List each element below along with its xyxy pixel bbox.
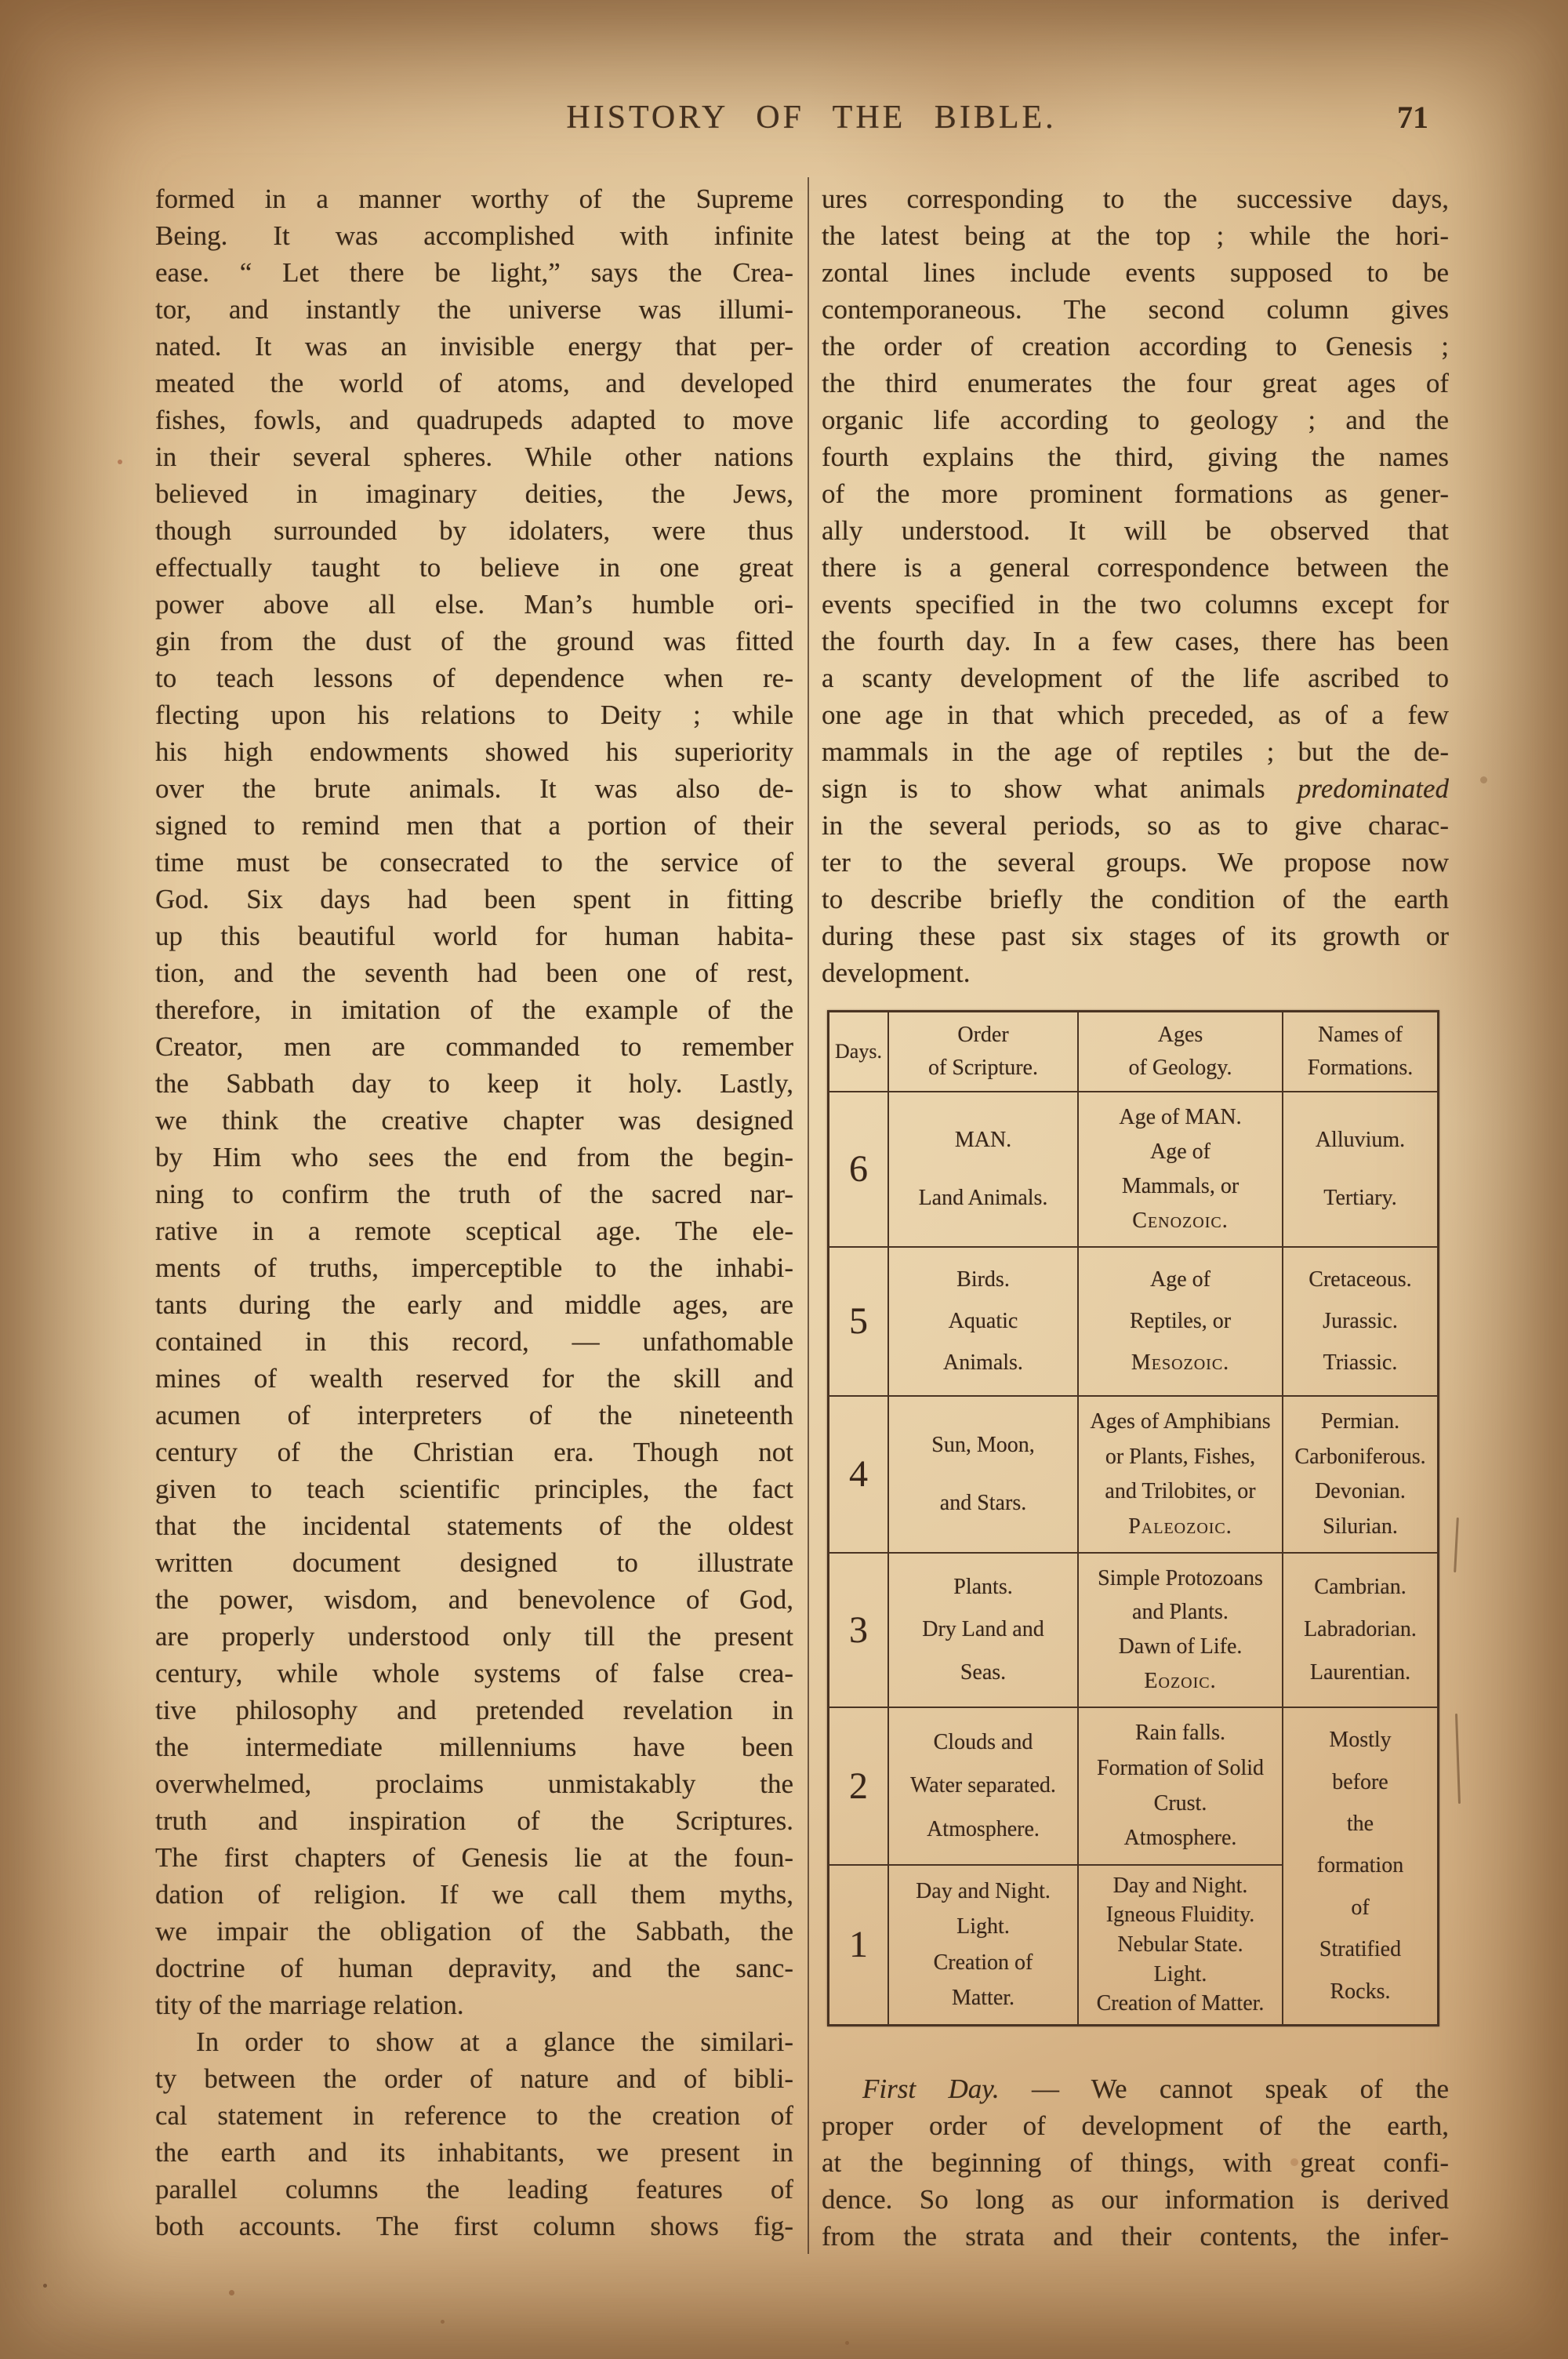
table-header-geology: Agesof Geology. <box>1079 1012 1283 1092</box>
text-line: tity of the marriage relation. <box>155 1986 793 2023</box>
table-cell-line: Birds. <box>891 1267 1075 1292</box>
table-day-6: 6 <box>829 1092 889 1248</box>
text-line: Being. It was accomplished with infinite <box>155 217 793 254</box>
text-line: acumen of interpreters of the nineteenth <box>155 1397 793 1434</box>
table-header-scripture: Orderof Scripture. <box>889 1012 1079 1092</box>
text-line: the earth and its inhabitants, we presen… <box>155 2134 793 2171</box>
table-cell-line: the <box>1286 1812 1435 1837</box>
paper-speck <box>1480 776 1487 783</box>
text-line: ments of truths, imperceptible to the in… <box>155 1249 793 1286</box>
table-geology-day6: Age of MAN.Age ofMammals, orCenozoic. <box>1079 1092 1283 1248</box>
table-cell-line: Water separated. <box>891 1773 1075 1798</box>
text-line: therefore, in imitation of the example o… <box>155 991 793 1028</box>
table-cell-line: Ages <box>1081 1023 1279 1048</box>
table-day-2: 2 <box>829 1708 889 1866</box>
table-cell-line: Laurentian. <box>1286 1660 1435 1685</box>
table-cell-line: MAN. <box>891 1128 1075 1153</box>
table-cell-line: Nebular State. <box>1081 1932 1279 1957</box>
text-line: power above all else. Man’s humble ori- <box>155 586 793 623</box>
text-line: during these past six stages of its grow… <box>822 918 1449 954</box>
table-geology-day5: Age ofReptiles, orMesozoic. <box>1079 1248 1283 1397</box>
table-cell-line: Day and Night. <box>1081 1874 1279 1899</box>
table-cell-line: 5 <box>832 1299 885 1343</box>
table-day-1: 1 <box>829 1866 889 2024</box>
text-line: tion, and the seventh had been one of re… <box>155 954 793 991</box>
text-line: one age in that which preceded, as of a … <box>822 696 1449 733</box>
table-cell-line: Formation of Solid <box>1081 1756 1279 1781</box>
text-line: written document designed to illustrate <box>155 1544 793 1581</box>
table-cell-line: Paleozoic. <box>1081 1514 1279 1539</box>
text-line: contemporaneous. The second column gives <box>822 291 1449 328</box>
text-line: ty between the order of nature and of bi… <box>155 2060 793 2097</box>
table-cell-line: Silurian. <box>1286 1514 1435 1539</box>
text-line: we impair the obligation of the Sabbath,… <box>155 1913 793 1950</box>
text-line: ease. “ Let there be light,” says the Cr… <box>155 254 793 291</box>
table-cell-line: Cambrian. <box>1286 1575 1435 1600</box>
table-cell-line: Sun, Moon, <box>891 1433 1075 1458</box>
table-cell-line: Atmosphere. <box>1081 1826 1279 1851</box>
table-cell-line: 3 <box>832 1608 885 1652</box>
table-geology-day4: Ages of Amphibiansor Plants, Fishes,and … <box>1079 1397 1283 1554</box>
table-formations-merged: MostlybeforetheformationofStratifiedRock… <box>1283 1708 1437 2024</box>
table-formations-day3: Cambrian.Labradorian.Laurentian. <box>1283 1554 1437 1708</box>
text-line: meated the world of atoms, and developed <box>155 365 793 402</box>
text-line: gin from the dust of the ground was fitt… <box>155 623 793 660</box>
table-cell-line: Aquatic <box>891 1309 1075 1334</box>
table-cell-line: Light. <box>891 1914 1075 1939</box>
table-cell-line: Land Animals. <box>891 1186 1075 1211</box>
margin-ink-mark <box>1455 1714 1461 1804</box>
text-line: cal statement in reference to the creati… <box>155 2097 793 2134</box>
table-cell-line: Creation of <box>891 1950 1075 1976</box>
text-line: believed in imaginary deities, the Jews, <box>155 475 793 512</box>
text-line: in the several periods, so as to give ch… <box>822 807 1449 844</box>
text-line: fishes, fowls, and quadrupeds adapted to… <box>155 402 793 438</box>
paper-speck <box>441 2320 445 2324</box>
table-cell-line: Plants. <box>891 1575 1075 1600</box>
table-cell-line: Stratified <box>1286 1937 1435 1962</box>
table-cell-line: and Plants. <box>1081 1600 1279 1625</box>
table-header-formations: Names ofFormations. <box>1283 1012 1437 1092</box>
text-line: the third enumerates the four great ages… <box>822 365 1449 402</box>
text-line: we think the creative chapter was design… <box>155 1102 793 1139</box>
table-cell-line: Rocks. <box>1286 1979 1435 2005</box>
table-cell-line: Ages of Amphibians <box>1081 1409 1279 1434</box>
text-line: given to teach scientific principles, th… <box>155 1470 793 1507</box>
table-cell-line: Days. <box>832 1040 885 1063</box>
text-line: the Sabbath day to keep it holy. Lastly, <box>155 1065 793 1102</box>
column-divider-rule <box>808 177 809 2254</box>
text-line: to describe briefly the condition of the… <box>822 881 1449 918</box>
text-line: The first chapters of Genesis lie at the… <box>155 1839 793 1876</box>
text-line: the intermediate millenniums have been <box>155 1728 793 1765</box>
text-line: formed in a manner worthy of the Supreme <box>155 180 793 217</box>
text-line: mammals in the age of reptiles ; but the… <box>822 733 1449 770</box>
text-line: doctrine of human depravity, and the san… <box>155 1950 793 1986</box>
table-cell-line: Dawn of Life. <box>1081 1634 1279 1659</box>
text-line: ures corresponding to the successive day… <box>822 180 1449 217</box>
text-line: development. <box>822 954 1449 991</box>
text-line: the power, wisdom, and benevolence of Go… <box>155 1581 793 1618</box>
text-line: Creator, men are commanded to remember <box>155 1028 793 1065</box>
table-cell-line: of Geology. <box>1081 1056 1279 1081</box>
table-cell-line: before <box>1286 1770 1435 1795</box>
text-line: ning to confirm the truth of the sacred … <box>155 1176 793 1212</box>
table-cell-line: Formations. <box>1286 1056 1435 1081</box>
text-line: overwhelmed, proclaims unmistakably the <box>155 1765 793 1802</box>
text-line: a scanty development of the life ascribe… <box>822 660 1449 696</box>
table-scripture-day2: Clouds andWater separated.Atmosphere. <box>889 1708 1079 1866</box>
text-line: tive philosophy and pretended revelation… <box>155 1692 793 1728</box>
table-cell-line: Crust. <box>1081 1791 1279 1816</box>
table-cell-line: of Scripture. <box>891 1056 1075 1081</box>
text-line: in their several spheres. While other na… <box>155 438 793 475</box>
paper-speck <box>118 460 122 464</box>
right-text-column-upper: ures corresponding to the successive day… <box>822 180 1449 991</box>
table-cell-line: Light. <box>1081 1962 1279 1987</box>
text-line: truth and inspiration of the Scriptures. <box>155 1802 793 1839</box>
text-line: tants during the early and middle ages, … <box>155 1286 793 1323</box>
table-cell-line: Seas. <box>891 1660 1075 1685</box>
text-line: mines of wealth reserved for the skill a… <box>155 1360 793 1397</box>
table-cell-line: Creation of Matter. <box>1081 1991 1279 2016</box>
table-cell-line: Animals. <box>891 1350 1075 1376</box>
text-line: by Him who sees the end from the begin- <box>155 1139 793 1176</box>
table-day-3: 3 <box>829 1554 889 1708</box>
table-geology-day1: Day and Night.Igneous Fluidity.Nebular S… <box>1079 1866 1283 2024</box>
table-cell-line: Age of MAN. <box>1081 1105 1279 1130</box>
text-line: his high endowments showed his superiori… <box>155 733 793 770</box>
table-cell-line: Dry Land and <box>891 1617 1075 1642</box>
text-line: proper order of development of the earth… <box>822 2107 1449 2144</box>
text-segment: — We cannot speak of the <box>1000 2074 1449 2104</box>
table-cell-line: 6 <box>832 1147 885 1190</box>
table-cell-line: Cenozoic. <box>1081 1209 1279 1234</box>
table-cell-line: Tertiary. <box>1286 1186 1435 1211</box>
text-line: zontal lines include events supposed to … <box>822 254 1449 291</box>
text-line: organic life according to geology ; and … <box>822 402 1449 438</box>
table-cell-line: formation <box>1286 1853 1435 1878</box>
table-cell-line: Rain falls. <box>1081 1721 1279 1746</box>
text-line: signed to remind men that a portion of t… <box>155 807 793 844</box>
text-line: rative in a remote sceptical age. The el… <box>155 1212 793 1249</box>
text-line: there is a general correspondence betwee… <box>822 549 1449 586</box>
table-day-5: 5 <box>829 1248 889 1397</box>
text-line: In order to show at a glance the similar… <box>155 2023 793 2060</box>
text-line: both accounts. The first column shows fi… <box>155 2208 793 2245</box>
table-cell-line: Permian. <box>1286 1409 1435 1434</box>
table-cell-line: Mesozoic. <box>1081 1350 1279 1376</box>
table-cell-line: Mammals, or <box>1081 1174 1279 1199</box>
table-cell-line: or Plants, Fishes, <box>1081 1445 1279 1470</box>
text-line: ter to the several groups. We propose no… <box>822 844 1449 881</box>
table-cell-line: and Stars. <box>891 1491 1075 1516</box>
paper-speck <box>845 2341 849 2345</box>
table-geology-day3: Simple Protozoansand Plants.Dawn of Life… <box>1079 1554 1283 1708</box>
table-cell-line: Cretaceous. <box>1286 1267 1435 1292</box>
table-cell-line: Order <box>891 1023 1075 1048</box>
text-segment: sign is to show what animals <box>822 773 1298 804</box>
right-text-column-lower: First Day. — We cannot speak of theprope… <box>822 2070 1449 2255</box>
table-scripture-day6: MAN.Land Animals. <box>889 1092 1079 1248</box>
left-text-column: formed in a manner worthy of the Supreme… <box>155 180 793 2245</box>
table-cell-line: Eozoic. <box>1081 1669 1279 1694</box>
text-line: over the brute animals. It was also de- <box>155 770 793 807</box>
table-cell-line: Alluvium. <box>1286 1128 1435 1153</box>
paper-speck <box>229 2290 234 2295</box>
text-line: time must be consecrated to the service … <box>155 844 793 881</box>
text-line: are properly understood only till the pr… <box>155 1618 793 1655</box>
table-cell-line: Age of <box>1081 1267 1279 1292</box>
text-line: nated. It was an invisible energy that p… <box>155 328 793 365</box>
table-cell-line: 4 <box>832 1452 885 1496</box>
text-line: dation of religion. If we call them myth… <box>155 1876 793 1913</box>
italic-text: First Day. <box>862 2074 1000 2104</box>
table-cell-line: Triassic. <box>1286 1350 1435 1376</box>
table-cell-line: Labradorian. <box>1286 1617 1435 1642</box>
creation-geology-table: Days.Orderof Scripture.Agesof Geology.Na… <box>827 1010 1439 2026</box>
table-cell-line: Reptiles, or <box>1081 1309 1279 1334</box>
book-page: HISTORY OF THE BIBLE. 71 formed in a man… <box>0 0 1568 2359</box>
table-cell-line: Names of <box>1286 1023 1435 1048</box>
text-line: that the incidental statements of the ol… <box>155 1507 793 1544</box>
margin-ink-mark <box>1454 1518 1459 1572</box>
table-grid: Days.Orderof Scripture.Agesof Geology.Na… <box>829 1012 1437 2024</box>
paper-speck <box>43 2284 47 2288</box>
table-formations-day4: Permian.Carboniferous.Devonian.Silurian. <box>1283 1397 1437 1554</box>
table-cell-line: Carboniferous. <box>1286 1445 1435 1470</box>
table-formations-day5: Cretaceous.Jurassic.Triassic. <box>1283 1248 1437 1397</box>
table-cell-line: 1 <box>832 1923 885 1966</box>
text-line: ally understood. It will be observed tha… <box>822 512 1449 549</box>
text-line: to teach lessons of dependence when re- <box>155 660 793 696</box>
table-cell-line: 2 <box>832 1765 885 1808</box>
table-cell-line: Igneous Fluidity. <box>1081 1903 1279 1928</box>
page-number: 71 <box>1397 99 1428 136</box>
text-line: century of the Christian era. Though not <box>155 1434 793 1470</box>
text-line: fourth explains the third, giving the na… <box>822 438 1449 475</box>
italic-text: predominated <box>1298 773 1449 804</box>
table-geology-day2: Rain falls.Formation of SolidCrust.Atmos… <box>1079 1708 1283 1866</box>
page-title: HISTORY OF THE BIBLE. <box>0 99 1568 136</box>
table-cell-line: Age of <box>1081 1140 1279 1165</box>
text-line: the fourth day. In a few cases, there ha… <box>822 623 1449 660</box>
table-cell-line: Jurassic. <box>1286 1309 1435 1334</box>
table-cell-line: Devonian. <box>1286 1479 1435 1504</box>
text-line: God. Six days had been spent in fitting <box>155 881 793 918</box>
text-line: tor, and instantly the universe was illu… <box>155 291 793 328</box>
table-scripture-day1: Day and Night.Light.Creation ofMatter. <box>889 1866 1079 2024</box>
table-cell-line: of <box>1286 1896 1435 1921</box>
table-cell-line: Atmosphere. <box>891 1817 1075 1842</box>
table-cell-line: Mostly <box>1286 1728 1435 1753</box>
table-scripture-day4: Sun, Moon,and Stars. <box>889 1397 1079 1554</box>
text-line: contained in this record, — unfathomable <box>155 1323 793 1360</box>
text-line: century, while whole systems of false cr… <box>155 1655 793 1692</box>
table-formations-day6: Alluvium.Tertiary. <box>1283 1092 1437 1248</box>
text-line: the order of creation according to Genes… <box>822 328 1449 365</box>
text-line: the latest being at the top ; while the … <box>822 217 1449 254</box>
text-line: First Day. — We cannot speak of the <box>822 2070 1449 2107</box>
text-line: dence. So long as our information is der… <box>822 2181 1449 2218</box>
table-cell-line: Simple Protozoans <box>1081 1566 1279 1591</box>
table-header-days: Days. <box>829 1012 889 1092</box>
table-scripture-day5: Birds.AquaticAnimals. <box>889 1248 1079 1397</box>
table-cell-line: and Trilobites, or <box>1081 1479 1279 1504</box>
text-line: sign is to show what animals predominate… <box>822 770 1449 807</box>
text-line: flecting upon his relations to Deity ; w… <box>155 696 793 733</box>
text-line: effectually taught to believe in one gre… <box>155 549 793 586</box>
text-line: events specified in the two columns exce… <box>822 586 1449 623</box>
text-line: from the strata and their contents, the … <box>822 2218 1449 2255</box>
text-line: though surrounded by idolaters, were thu… <box>155 512 793 549</box>
table-cell-line: Clouds and <box>891 1730 1075 1755</box>
table-cell-line: Matter. <box>891 1986 1075 2011</box>
text-line: at the beginning of things, with great c… <box>822 2144 1449 2181</box>
table-scripture-day3: Plants.Dry Land andSeas. <box>889 1554 1079 1708</box>
text-line: up this beautiful world for human habita… <box>155 918 793 954</box>
table-cell-line: Day and Night. <box>891 1879 1075 1904</box>
text-line: of the more prominent formations as gene… <box>822 475 1449 512</box>
table-day-4: 4 <box>829 1397 889 1554</box>
text-line: parallel columns the leading features of <box>155 2171 793 2208</box>
